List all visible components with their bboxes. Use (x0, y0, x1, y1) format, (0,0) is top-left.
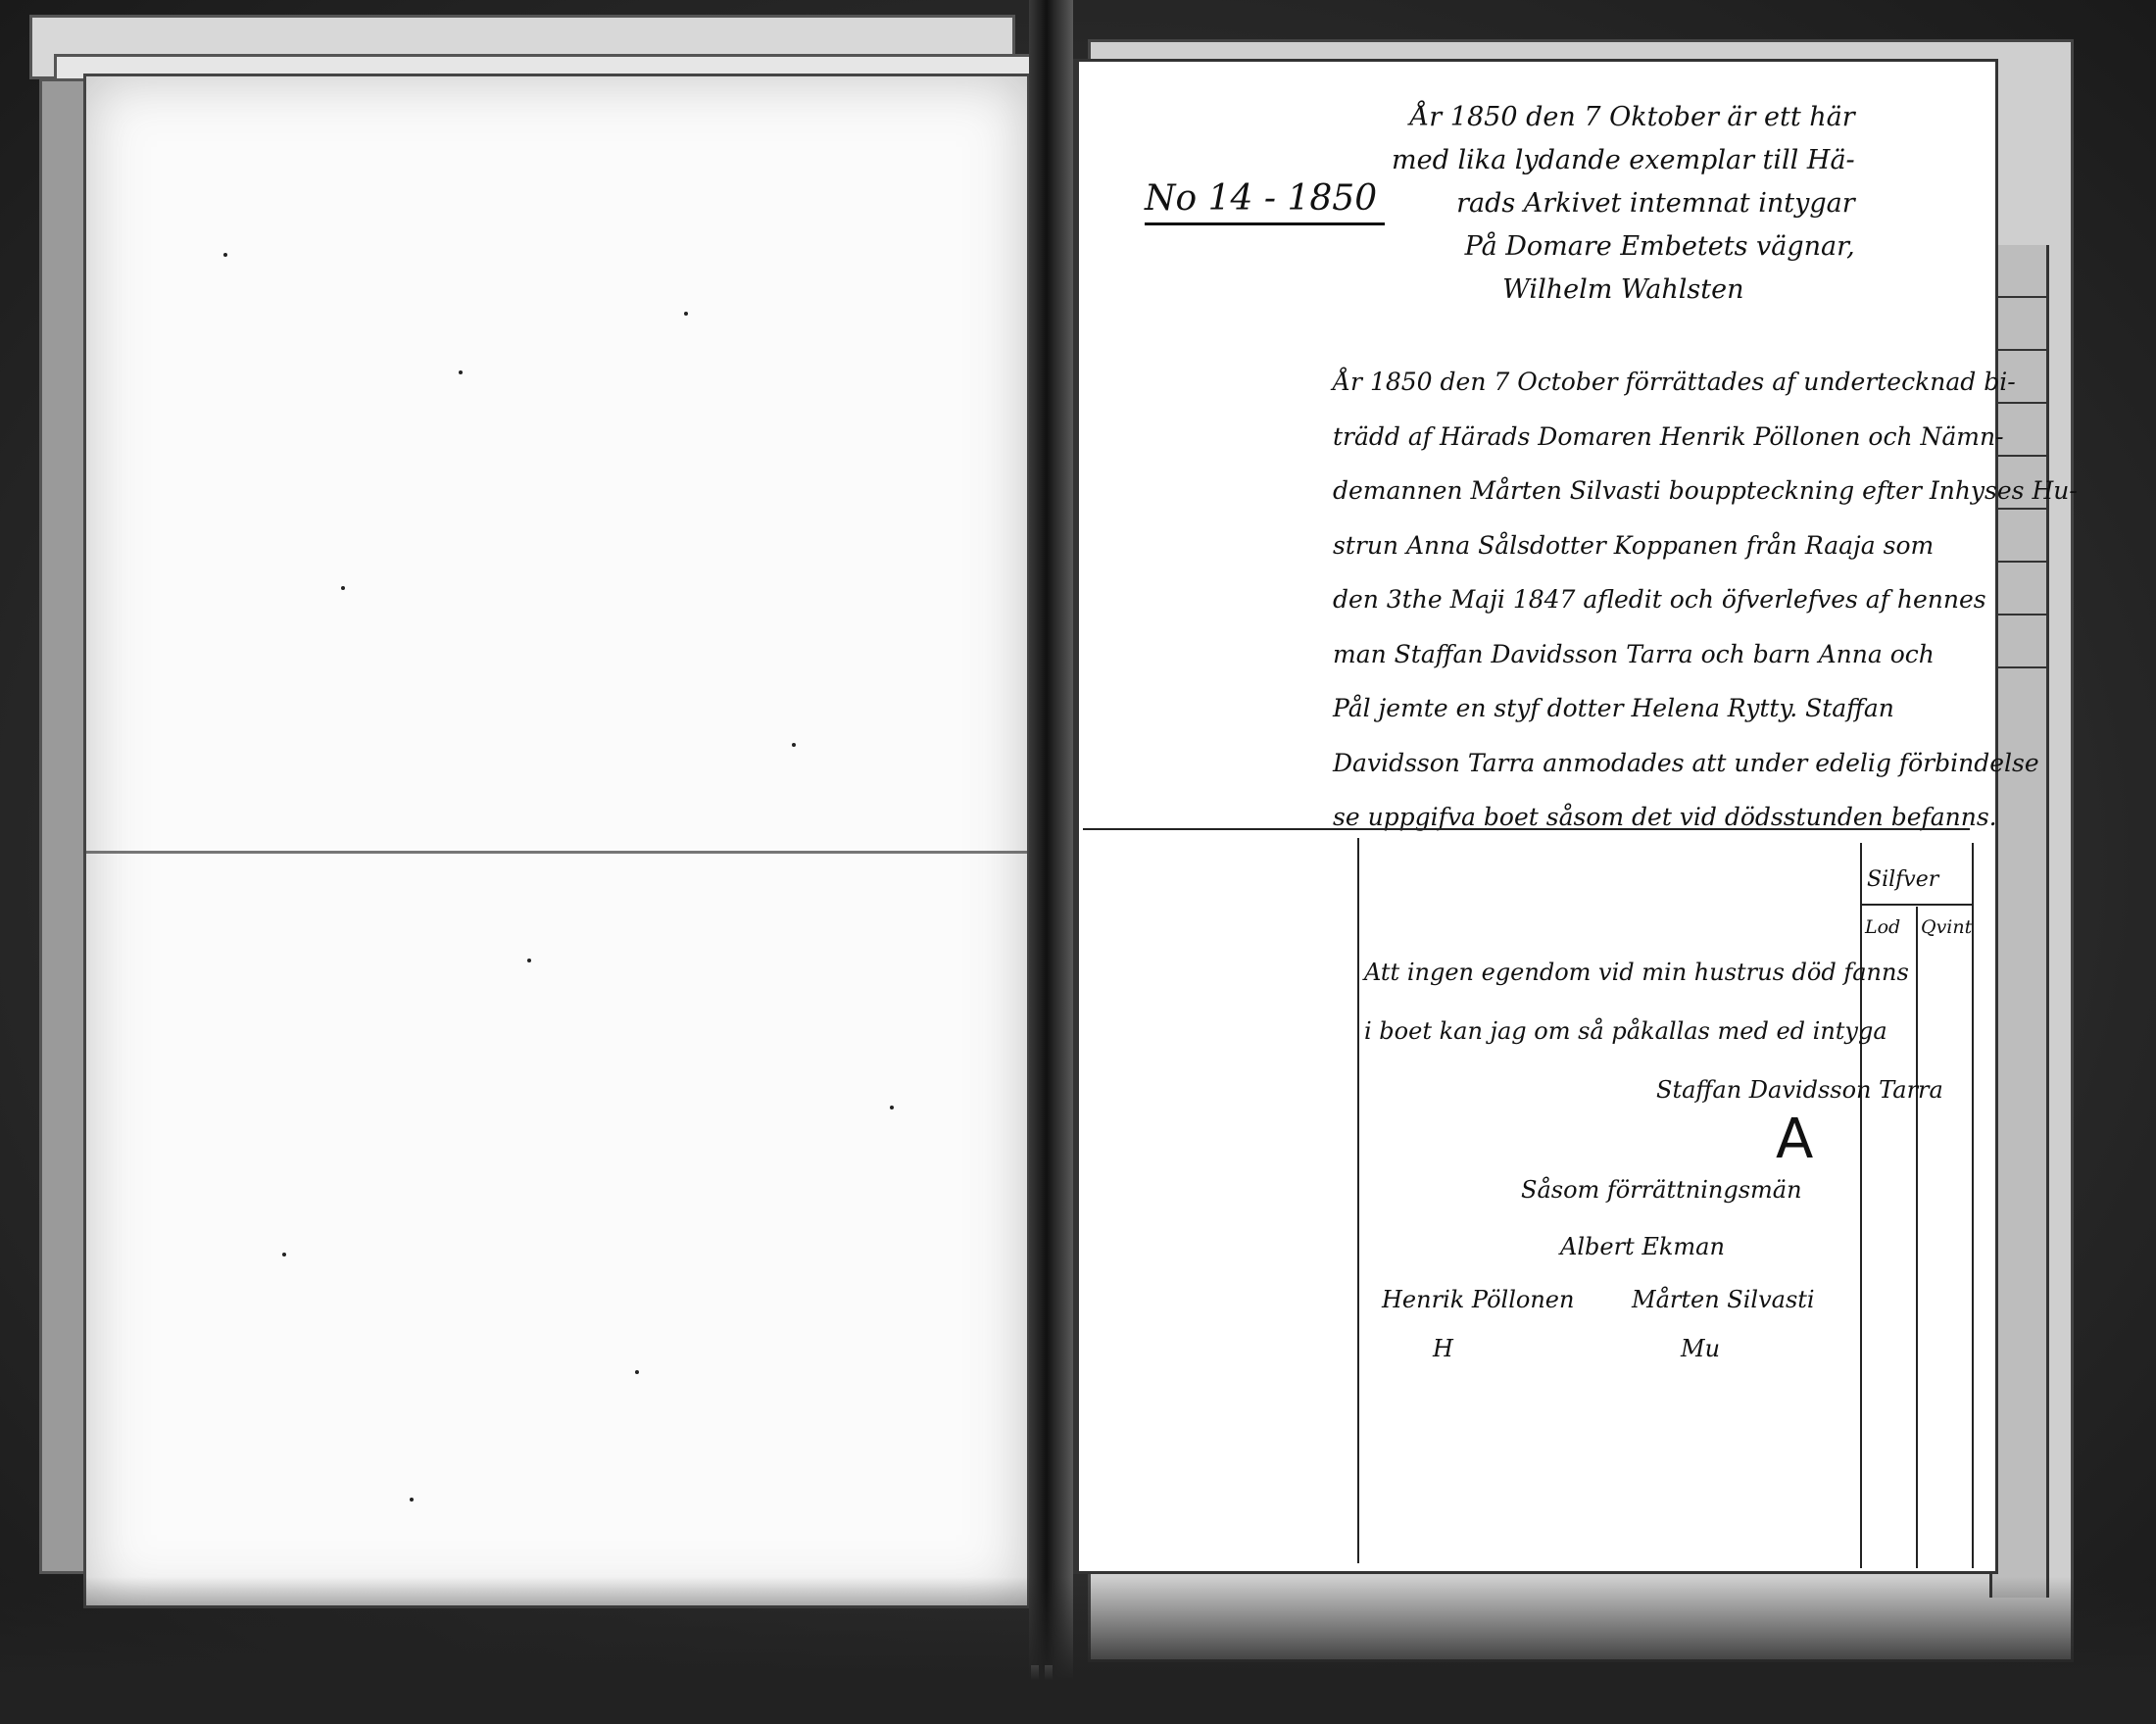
speck (223, 253, 227, 257)
body-line: se uppgifva boet såsom det vid dödsstund… (1333, 790, 1960, 845)
statement-line: i boet kan jag om så påkallas med ed int… (1364, 1017, 1887, 1045)
signature-leader: Albert Ekman (1560, 1233, 1725, 1260)
body-line: strun Anna Sålsdotter Koppanen från Raaj… (1333, 518, 1960, 573)
table-col-rule (1972, 843, 1974, 1568)
column-qvint: Qvint (1921, 916, 1972, 938)
table-left-rule (1357, 838, 1359, 1563)
signature-marten: Mårten Silvasti (1632, 1286, 1815, 1313)
speck (459, 370, 463, 374)
archive-note-line: med lika lydande exemplar till Hä- (1392, 139, 1855, 182)
speck (890, 1106, 894, 1109)
speck (527, 959, 531, 962)
book-spine (1029, 0, 1073, 1724)
speck (635, 1370, 639, 1374)
body-line: demannen Mårten Silvasti bouppteckning e… (1333, 464, 1960, 518)
archive-note-signature: Wilhelm Wahlsten (1392, 269, 1855, 312)
archive-note-line: År 1850 den 7 Oktober är ett här (1392, 96, 1855, 139)
archive-note: År 1850 den 7 Oktober är ett här med lik… (1392, 96, 1855, 312)
speck (341, 586, 345, 590)
speck (792, 743, 796, 747)
body-line: Davidsson Tarra anmodades att under edel… (1333, 736, 1960, 791)
column-lod: Lod (1865, 916, 1900, 938)
signature-henrik: Henrik Pöllonen (1382, 1286, 1574, 1313)
body-line: År 1850 den 7 October förrättades af und… (1333, 355, 1960, 410)
scan-bottom-shadow (0, 1577, 2156, 1724)
inventory-preamble: År 1850 den 7 October förrättades af und… (1333, 355, 1960, 845)
archive-note-line: rads Arkivet intemnat intygar (1392, 182, 1855, 225)
statement-signature: Staffan Davidsson Tarra (1656, 1076, 1943, 1104)
mark-henrik: H (1433, 1335, 1453, 1362)
body-line: Pål jemte en styf dotter Helena Rytty. S… (1333, 681, 1960, 736)
speck (410, 1498, 414, 1502)
left-page-blank (83, 74, 1030, 1608)
fold-line (86, 851, 1027, 854)
mark-letter-a: A (1776, 1108, 1813, 1171)
table-col-rule (1916, 907, 1918, 1568)
body-line: trädd af Härads Domaren Henrik Pöllonen … (1333, 410, 1960, 465)
body-line: man Staffan Davidsson Tarra och barn Ann… (1333, 627, 1960, 682)
table-col-rule (1860, 843, 1862, 1568)
mark-marten: Mu (1681, 1335, 1720, 1362)
speck (282, 1253, 286, 1256)
body-line: den 3the Maji 1847 afledit och öfverlefv… (1333, 572, 1960, 627)
signatures-heading: Såsom förrättningsmän (1521, 1176, 1802, 1204)
case-number: No 14 - 1850 (1145, 178, 1385, 225)
statement-line: Att ingen egendom vid min hustrus död fa… (1364, 959, 1909, 986)
column-group-rule (1860, 904, 1972, 906)
column-group-silver: Silfver (1867, 867, 1938, 892)
archive-note-line: På Domare Embetets vägnar, (1392, 225, 1855, 269)
speck (684, 312, 688, 316)
table-top-rule (1083, 828, 1970, 830)
